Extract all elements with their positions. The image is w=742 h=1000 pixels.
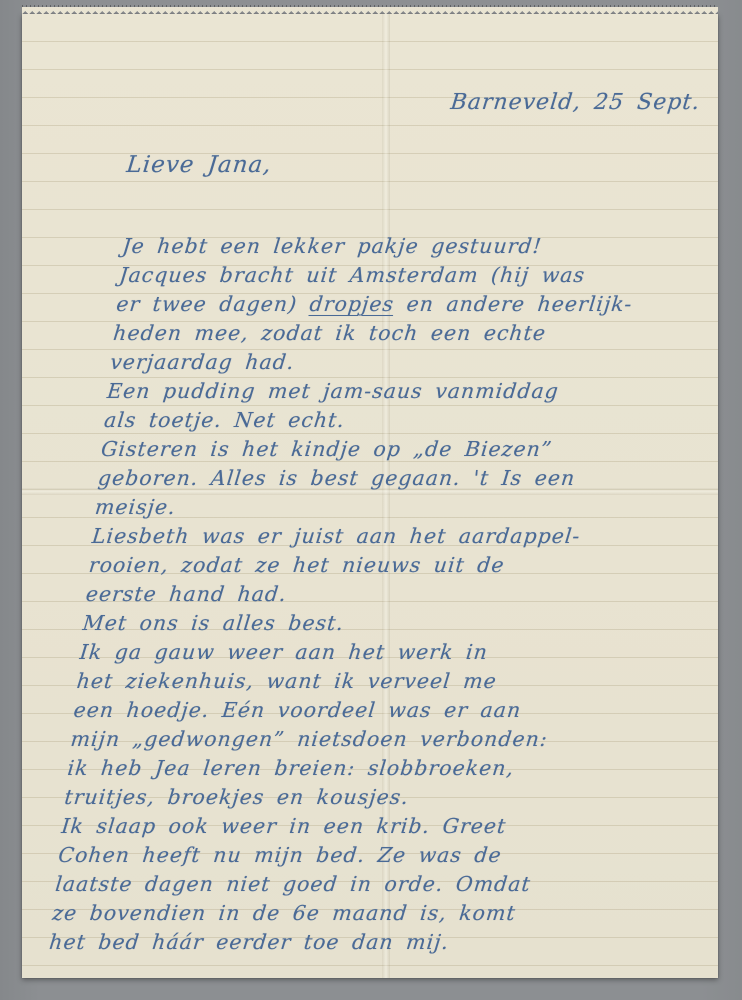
letter-line-segment: er twee dagen) xyxy=(115,292,311,316)
letter-line: er twee dagen) dropjes en andere heerlij… xyxy=(115,290,678,319)
letter-heading: Barneveld, 25 Sept. xyxy=(450,90,702,115)
letter-line: heden mee, zodat ik toch een echte xyxy=(112,319,675,348)
letter-line: Je hebt een lekker pakje gestuurd! xyxy=(121,232,684,261)
letter-line: een hoedje. Eén voordeel was er aan xyxy=(72,696,635,725)
letter-line: Met ons is alles best. xyxy=(81,609,644,638)
letter-line: verjaardag had. xyxy=(109,348,672,377)
letter-line: rooien, zodat ze het nieuws uit de xyxy=(87,551,650,580)
letter-line: Gisteren is het kindje op „de Biezen” xyxy=(100,435,663,464)
letter-line: Ik slaap ook weer in een krib. Greet xyxy=(60,812,623,841)
letter-line: Cohen heeft nu mijn bed. Ze was de xyxy=(57,841,620,870)
letter-line: ik heb Jea leren breien: slobbroeken, xyxy=(66,754,629,783)
letter-line: ze bovendien in de 6e maand is, komt xyxy=(51,899,614,928)
underlined-word: dropjes xyxy=(309,292,396,316)
letter-line: meisje. xyxy=(94,493,657,522)
letter-line: truitjes, broekjes en kousjes. xyxy=(63,783,626,812)
photo-background: Barneveld, 25 Sept. Lieve Jana, Je hebt … xyxy=(0,0,742,1000)
letter-line: geboren. Alles is best gegaan. 't Is een xyxy=(97,464,660,493)
letter-line: als toetje. Net echt. xyxy=(103,406,666,435)
letter-line: Ik ga gauw weer aan het werk in xyxy=(78,638,641,667)
letter-line: het ziekenhuis, want ik verveel me xyxy=(75,667,638,696)
letter-line: het bed háár eerder toe dan mij. xyxy=(48,928,611,957)
letter-line: mijn „gedwongen” nietsdoen verbonden: xyxy=(69,725,632,754)
letter-line: laatste dagen niet goed in orde. Omdat xyxy=(54,870,617,899)
letter-salutation: Lieve Jana, xyxy=(125,152,273,178)
letter-line: Jacques bracht uit Amsterdam (hij was xyxy=(118,261,681,290)
torn-edge xyxy=(22,7,718,15)
letter-line-segment: en andere heerlijk- xyxy=(393,292,634,316)
letter-line: Liesbeth was er juist aan het aardappel- xyxy=(90,522,653,551)
letter-body: Je hebt een lekker pakje gestuurd! Jacqu… xyxy=(48,232,684,957)
letter-paper: Barneveld, 25 Sept. Lieve Jana, Je hebt … xyxy=(22,14,718,978)
letter-line: eerste hand had. xyxy=(84,580,647,609)
letter-line: Een pudding met jam-saus vanmiddag xyxy=(106,377,669,406)
